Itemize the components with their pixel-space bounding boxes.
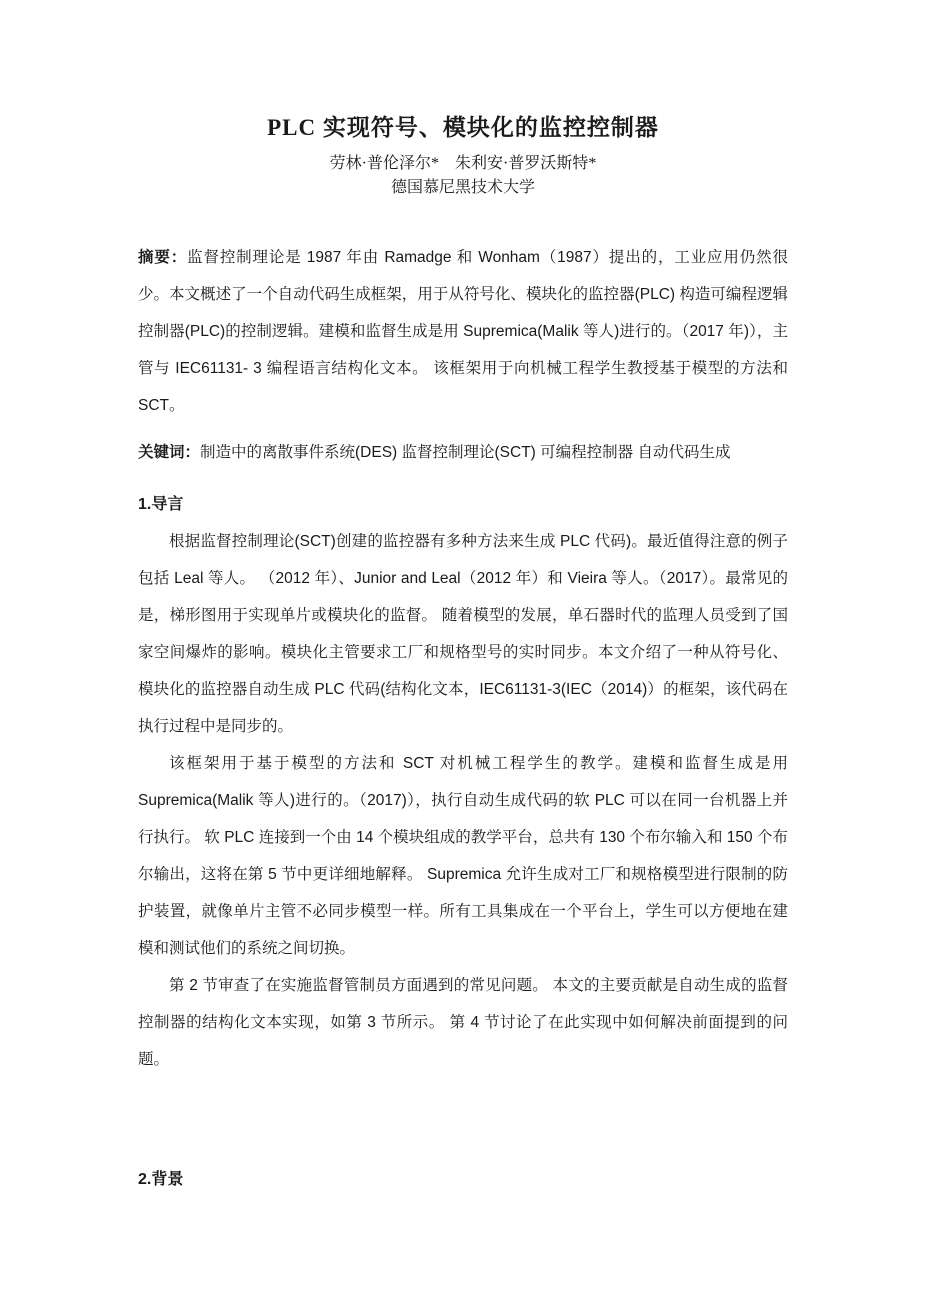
document-page: PLC 实现符号、模块化的监控控制器 劳林·普伦泽尔* 朱利安·普罗沃斯特* 德…	[0, 0, 926, 1309]
section-1-paragraph-2: 该框架用于基于模型的方法和 SCT 对机械工程学生的教学。建模和监督生成是用 S…	[138, 745, 788, 967]
abstract-text: 监督控制理论是 1987 年由 Ramadge 和 Wonham（1987）提出…	[138, 249, 788, 414]
paper-authors: 劳林·普伦泽尔* 朱利安·普罗沃斯特*	[138, 152, 788, 176]
keywords-paragraph: 关键词：制造中的离散事件系统(DES) 监督控制理论(SCT) 可编程控制器 自…	[138, 434, 788, 471]
section-2-heading: 2.背景	[138, 1161, 788, 1198]
keywords-label: 关键词：	[138, 444, 200, 461]
paper-title: PLC 实现符号、模块化的监控控制器	[138, 111, 788, 145]
paper-affiliation: 德国慕尼黑技术大学	[138, 176, 788, 200]
section-1-heading: 1.导言	[138, 486, 788, 523]
abstract-label: 摘要：	[138, 249, 187, 266]
section-1-paragraph-3: 第 2 节审查了在实施监督管制员方面遇到的常见问题。 本文的主要贡献是自动生成的…	[138, 967, 788, 1078]
keywords-text: 制造中的离散事件系统(DES) 监督控制理论(SCT) 可编程控制器 自动代码生…	[200, 444, 730, 461]
section-1-paragraph-1: 根据监督控制理论(SCT)创建的监控器有多种方法来生成 PLC 代码)。最近值得…	[138, 523, 788, 745]
abstract-paragraph: 摘要：监督控制理论是 1987 年由 Ramadge 和 Wonham（1987…	[138, 239, 788, 424]
